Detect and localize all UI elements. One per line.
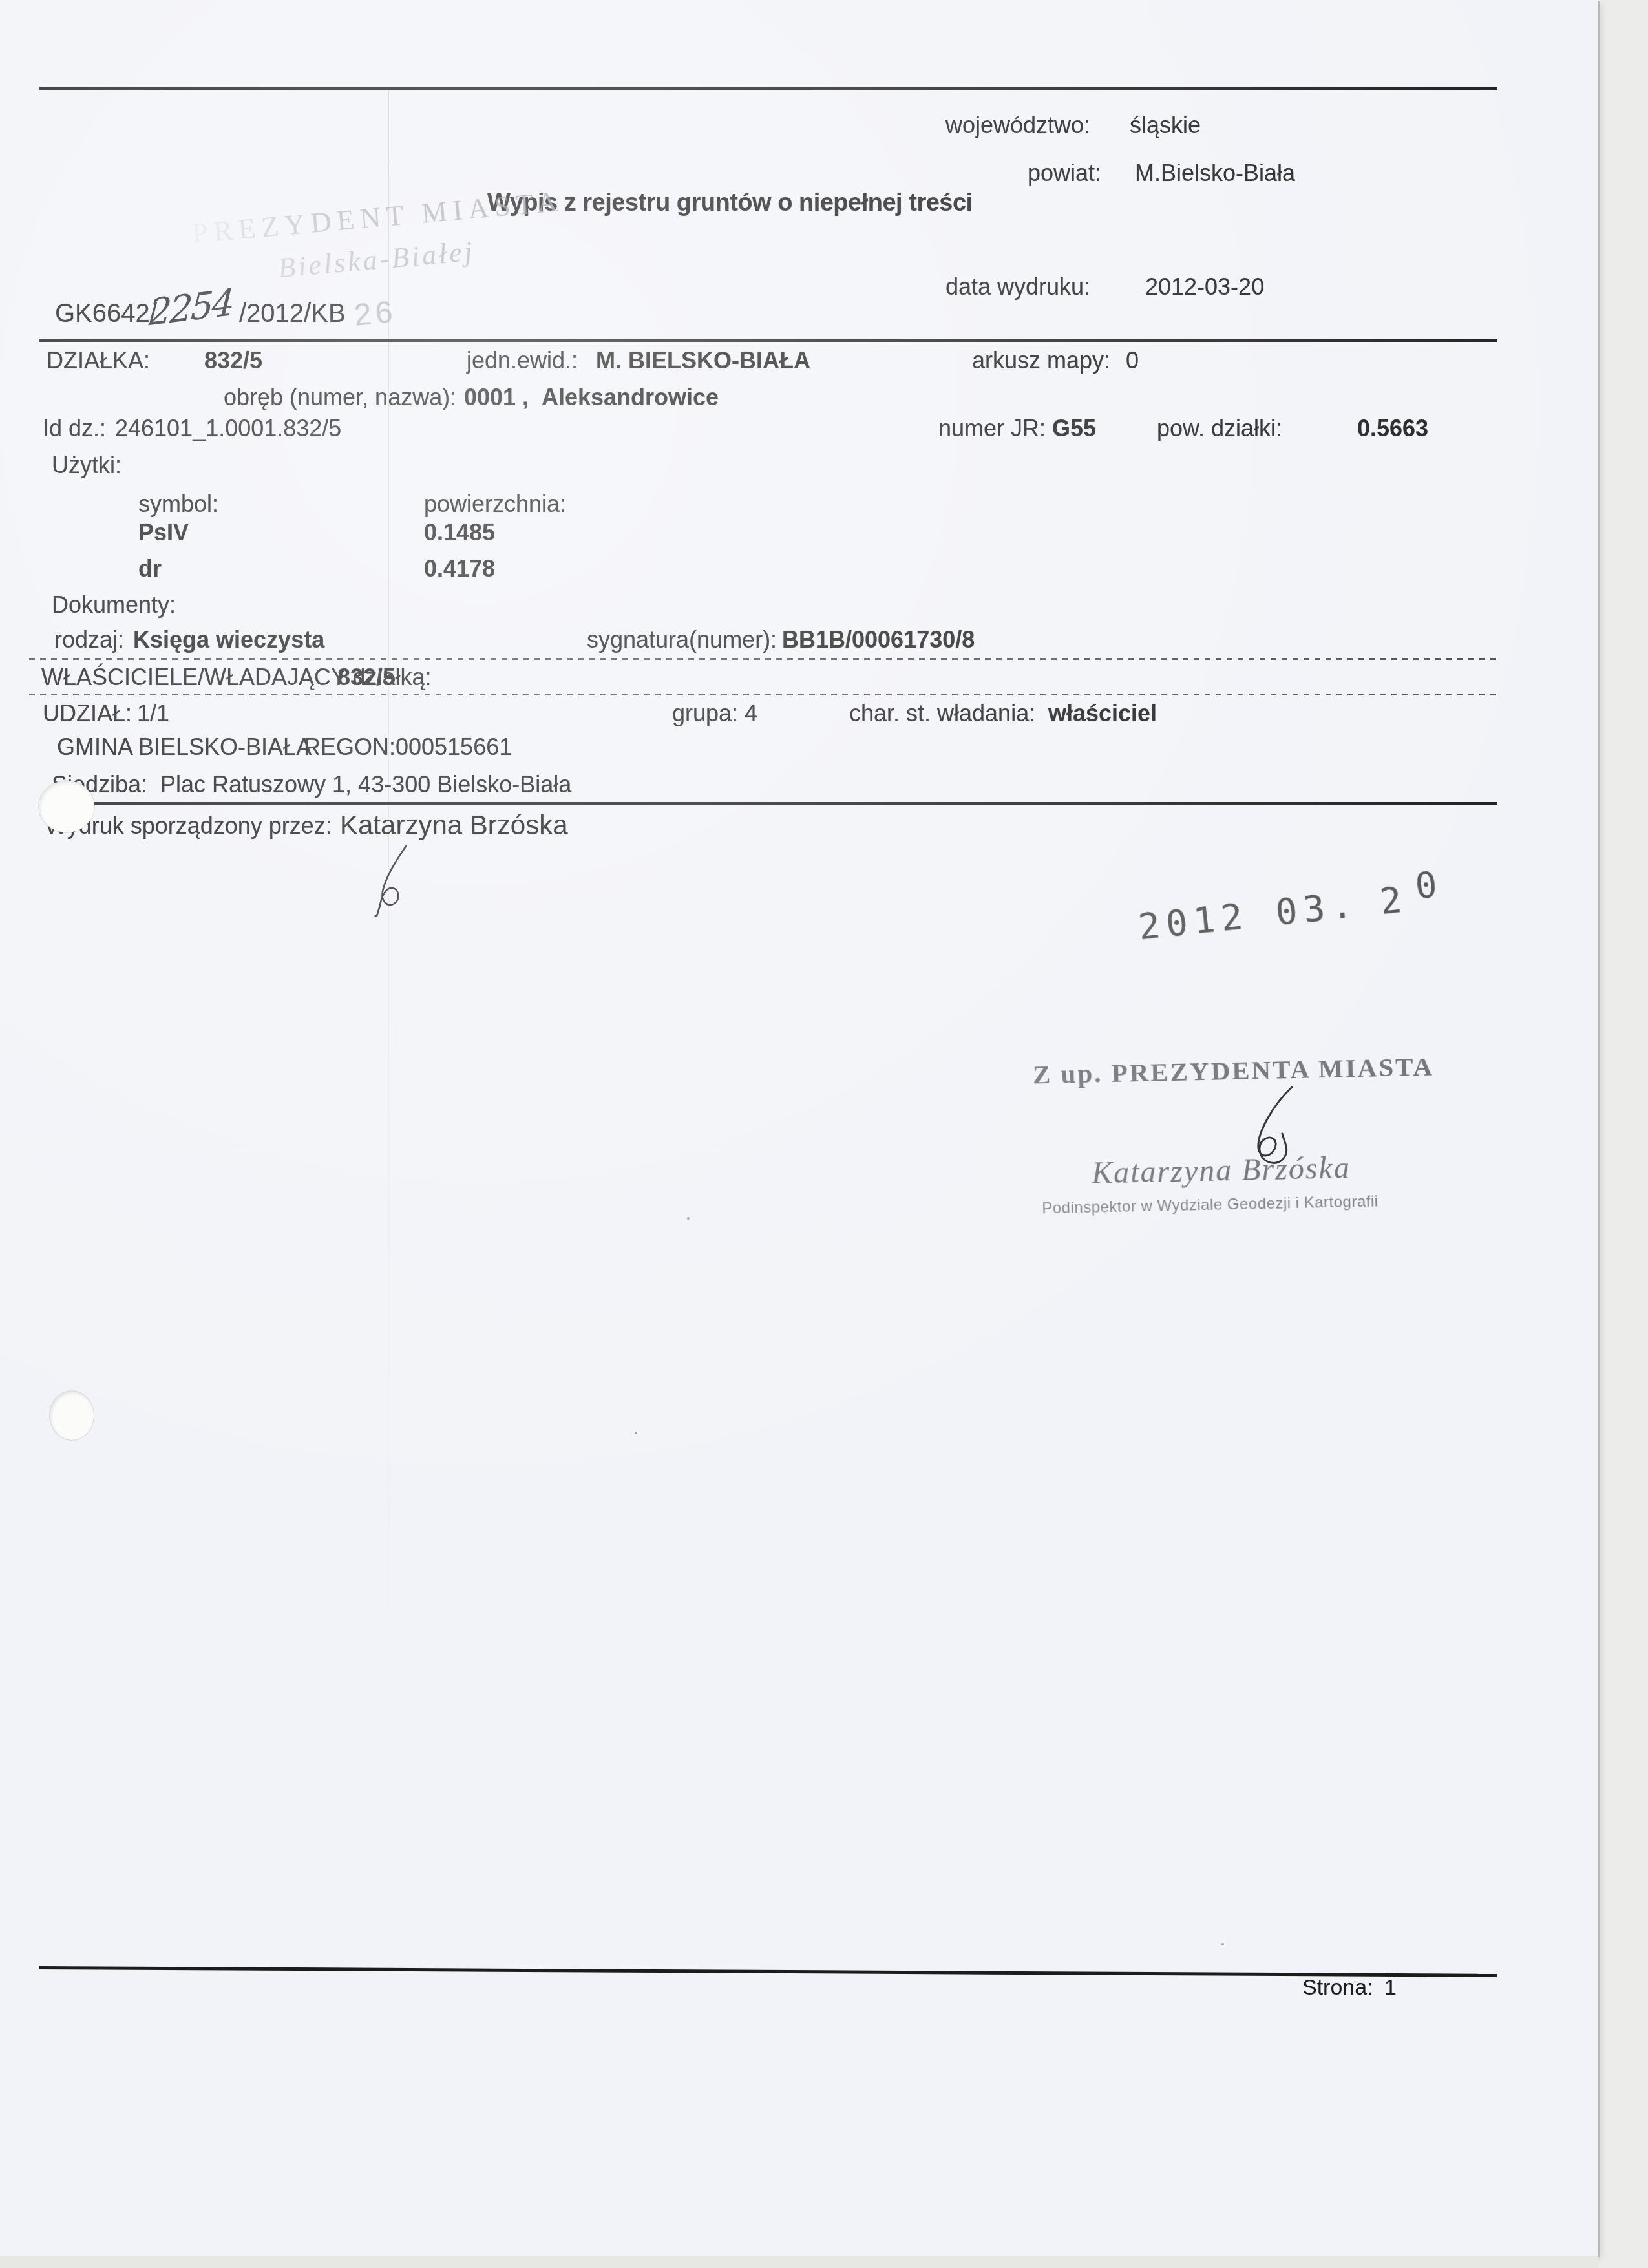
scan-speck [687, 1217, 690, 1220]
sygnatura-label: sygnatura(numer): [587, 628, 777, 652]
punch-hole [39, 781, 94, 832]
rodzaj-value: Księga wieczysta [133, 628, 324, 652]
owners-section-label: WŁAŚCICIELE/WŁADAJĄCY działką: [41, 666, 432, 689]
sygnatura-value: BB1B/00061730/8 [782, 628, 975, 652]
owner-name: GMINA BIELSKO-BIAŁA [57, 736, 312, 759]
parcel-id-value: 246101_1.0001.832/5 [115, 417, 341, 440]
case-number-handwritten: 2254 [148, 282, 234, 335]
county-value: M.Bielsko-Biała [1135, 162, 1295, 185]
punch-hole [50, 1391, 94, 1440]
grupa-value: 4 [745, 702, 757, 725]
authorization-stamp: Z up. PREZYDENTA MIASTA Katarzyna Brzósk… [1032, 1051, 1436, 1218]
owners-section-parcel: 832/5 [337, 666, 396, 689]
use-row-symbol: PsIV [138, 521, 189, 544]
president-office-stamp-line1: PREZYDENT MIASTA [191, 185, 564, 249]
president-office-stamp-line2: Bielska-Białej [277, 227, 568, 285]
clerk-signature [365, 843, 430, 918]
paper-sheet: województwo: śląskie powiat: M.Bielsko-B… [0, 0, 1598, 2256]
uzytki-label: Użytki: [52, 454, 121, 477]
grupa-label: grupa: [672, 702, 738, 725]
authorization-stamp-name: Katarzyna Brzóska [1092, 1149, 1436, 1191]
char-wladania-value: właściciel [1048, 702, 1157, 725]
date-stamp-month: 2012 03. [1136, 884, 1360, 948]
pow-dzialki-value: 0.5663 [1357, 417, 1428, 440]
symbol-column-header: symbol: [138, 493, 218, 516]
siedziba-label: Siedziba: [52, 773, 147, 796]
pow-dzialki-label: pow. działki: [1157, 417, 1282, 440]
scan-speck [1221, 1943, 1224, 1945]
case-number-suffix: /2012/KB [239, 301, 346, 326]
scanner-background-bottom [0, 2256, 1598, 2268]
arkusz-mapy-value: 0 [1126, 349, 1139, 372]
arkusz-mapy-label: arkusz mapy: [972, 349, 1110, 372]
use-row-area: 0.4178 [424, 557, 495, 580]
president-office-stamp: PREZYDENT MIASTA Bielska-Białej [191, 185, 568, 292]
owner-regon: REGON:000515661 [304, 736, 512, 759]
obreb-name: Aleksandrowice [542, 386, 719, 409]
footer-section-rule [39, 802, 1497, 805]
scanned-document-page: województwo: śląskie powiat: M.Bielsko-B… [0, 0, 1648, 2268]
scan-speck [635, 1432, 637, 1434]
dotted-divider [29, 658, 1497, 660]
province-value: śląskie [1130, 114, 1201, 137]
jedn-ewid-label: jedn.ewid.: [467, 349, 578, 372]
udzial-value: 1/1 [137, 702, 169, 725]
print-date-label: data wydruku: [945, 275, 1090, 299]
header-rule [39, 87, 1497, 90]
province-label: województwo: [945, 114, 1090, 137]
udzial-label: UDZIAŁ: [43, 702, 132, 725]
date-stamp-day-second-digit: 0 [1413, 863, 1444, 907]
jedn-ewid-value: M. BIELSKO-BIAŁA [596, 349, 810, 372]
authorization-stamp-title: Podinspektor w Wydziale Geodezji i Karto… [1042, 1191, 1436, 1218]
numer-jr-label: numer JR: [938, 417, 1046, 440]
page-number-label: Strona: [1302, 1977, 1373, 1998]
county-label: powiat: [1028, 162, 1101, 185]
page-title: Wypis z rejestru gruntów o niepełnej tre… [487, 191, 973, 215]
case-number-pencil-note: 26 [353, 294, 398, 333]
date-stamp: 2012 03.20 [1136, 874, 1446, 948]
paper-fold-crease [388, 89, 389, 1666]
dzialka-label: DZIAŁKA: [47, 349, 150, 372]
footer-rule [39, 1966, 1497, 1977]
obreb-label: obręb (numer, nazwa): [224, 386, 456, 409]
case-number-prefix: GK6642/ [55, 301, 157, 326]
page-number-value: 1 [1384, 1977, 1397, 1998]
use-row-symbol: dr [138, 557, 162, 580]
area-column-header: powierzchnia: [424, 493, 566, 516]
numer-jr-value: G55 [1052, 417, 1096, 440]
section-rule [39, 339, 1497, 342]
parcel-id-label: Id dz.: [43, 417, 106, 440]
dokumenty-label: Dokumenty: [52, 593, 176, 617]
use-row-area: 0.1485 [424, 521, 495, 544]
prepared-by-name: Katarzyna Brzóska [340, 812, 568, 839]
date-stamp-day: 2 [1378, 878, 1410, 923]
dzialka-value: 832/5 [204, 349, 262, 372]
siedziba-value: Plac Ratuszowy 1, 43-300 Bielsko-Biała [160, 773, 571, 796]
prepared-by-label: Wydruk sporządzony przez: [45, 814, 332, 838]
char-wladania-label: char. st. władania: [849, 702, 1035, 725]
rodzaj-label: rodzaj: [54, 628, 124, 652]
print-date-value: 2012-03-20 [1145, 275, 1264, 299]
scanner-background-right [1598, 0, 1648, 2268]
obreb-number: 0001 , [464, 386, 529, 409]
dotted-divider [29, 694, 1497, 695]
authorization-stamp-line: Z up. PREZYDENTA MIASTA [1033, 1052, 1435, 1090]
official-signature [1225, 1085, 1322, 1172]
